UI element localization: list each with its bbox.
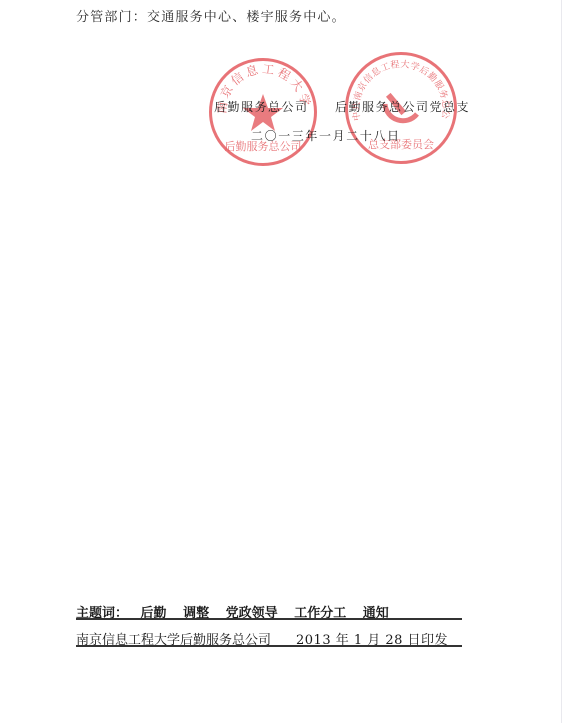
signature-party-branch: 后勤服务总公司党总支 [335,98,470,115]
issuer-divider [76,645,462,647]
keywords-divider [76,618,462,620]
signature-company: 后勤服务总公司 [214,98,309,115]
department-line: 分管部门：交通服务中心、楼宇服务中心。 [76,6,346,25]
signature-date: 二〇一三年一月二十八日 [251,127,401,144]
scan-edge-line [561,0,562,723]
document-page: 分管部门：交通服务中心、楼宇服务中心。 南京信息工程大学 后勤服务总公司 中共南… [0,0,570,723]
